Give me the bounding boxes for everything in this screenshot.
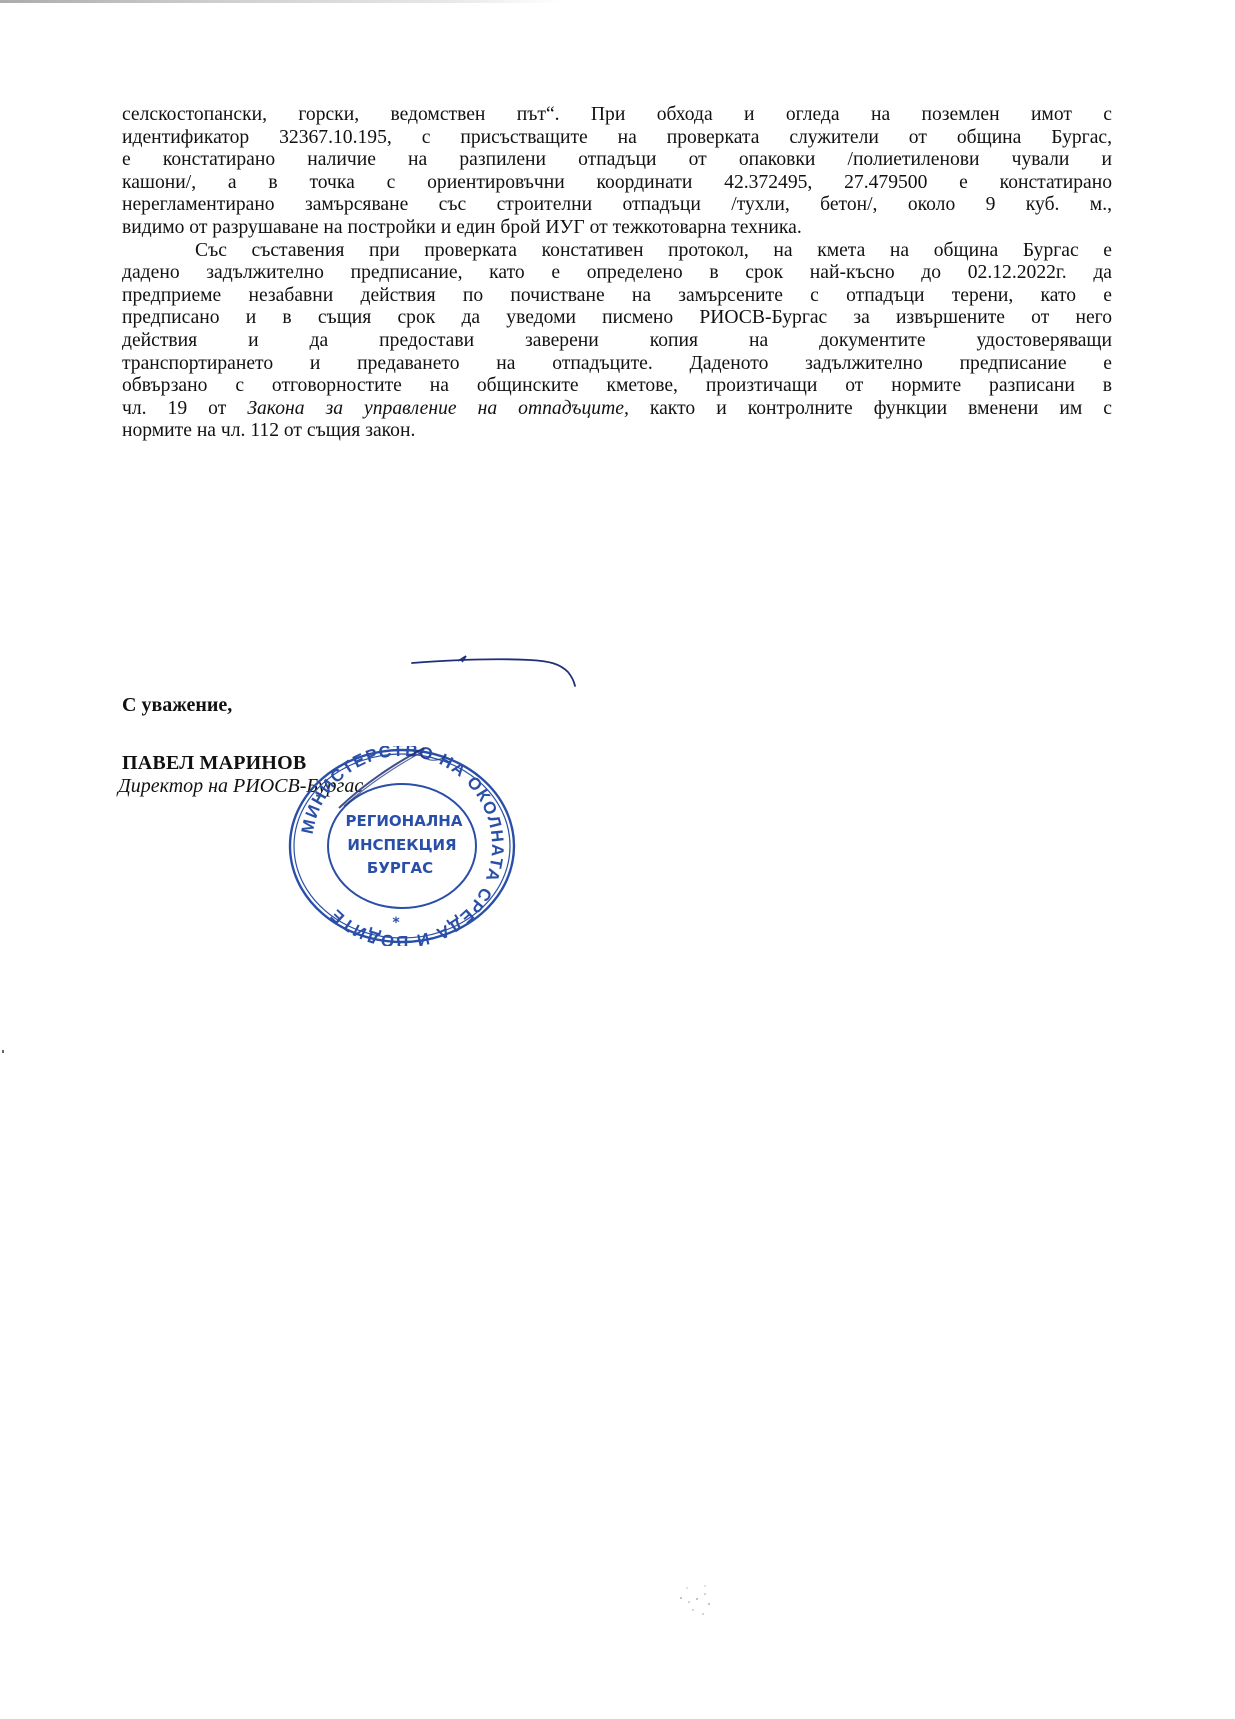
letter-body: селскостопански, горски, ведомствен път“… — [122, 104, 1112, 443]
stamp-line: ИНСПЕКЦИЯ — [347, 836, 456, 854]
text-line: кашони/, а в точка с ориентировъчни коор… — [122, 172, 1112, 195]
text-line: нормите на чл. 112 от същия закон. — [122, 420, 1112, 443]
text-line: идентификатор 32367.10.195, с присъстващ… — [122, 127, 1112, 150]
text-line: нерегламентирано замърсяване със строите… — [122, 194, 1112, 217]
text-line: видимо от разрушаване на постройки и еди… — [122, 217, 1112, 240]
handwritten-signature — [400, 650, 620, 710]
stamp-line: БУРГАС — [367, 859, 433, 877]
text-line: Със съставения при проверката констативе… — [122, 240, 1112, 263]
text-line: транспортирането и предаването на отпадъ… — [122, 353, 1112, 376]
text-line: обвързано с отговорностите на общинските… — [122, 375, 1112, 398]
stamp-line: РЕГИОНАЛНА — [346, 812, 463, 830]
text-fragment: чл. 19 от — [122, 398, 247, 419]
signer-name: ПАВЕЛ МАРИНОВ — [122, 752, 306, 775]
text-line: е констатирано наличие на разпилени отпа… — [122, 149, 1112, 172]
scan-edge-artifact — [0, 0, 560, 3]
text-line: чл. 19 от Закона за управление на отпадъ… — [122, 398, 1112, 421]
text-fragment: както и контролните функции вменени им с — [629, 398, 1112, 419]
scan-noise — [675, 1580, 725, 1630]
closing-salutation: С уважение, — [122, 694, 232, 717]
law-title: Закона за управление на отпадъците, — [247, 398, 629, 419]
text-line: предписано и в същия срок да уведоми пис… — [122, 307, 1112, 330]
text-line: дадено задължително предписание, като е … — [122, 262, 1112, 285]
text-line: предприеме незабавни действия по почиств… — [122, 285, 1112, 308]
text-line: действия и да предостави заверени копия … — [122, 330, 1112, 353]
scan-mark — [2, 1050, 4, 1053]
stamp-star: * — [392, 915, 400, 931]
text-line: селскостопански, горски, ведомствен път“… — [122, 104, 1112, 127]
official-stamp: МИНИСТЕРСТВО НА ОКОЛНАТА СРЕДА И ВОДИТЕ … — [284, 746, 520, 946]
